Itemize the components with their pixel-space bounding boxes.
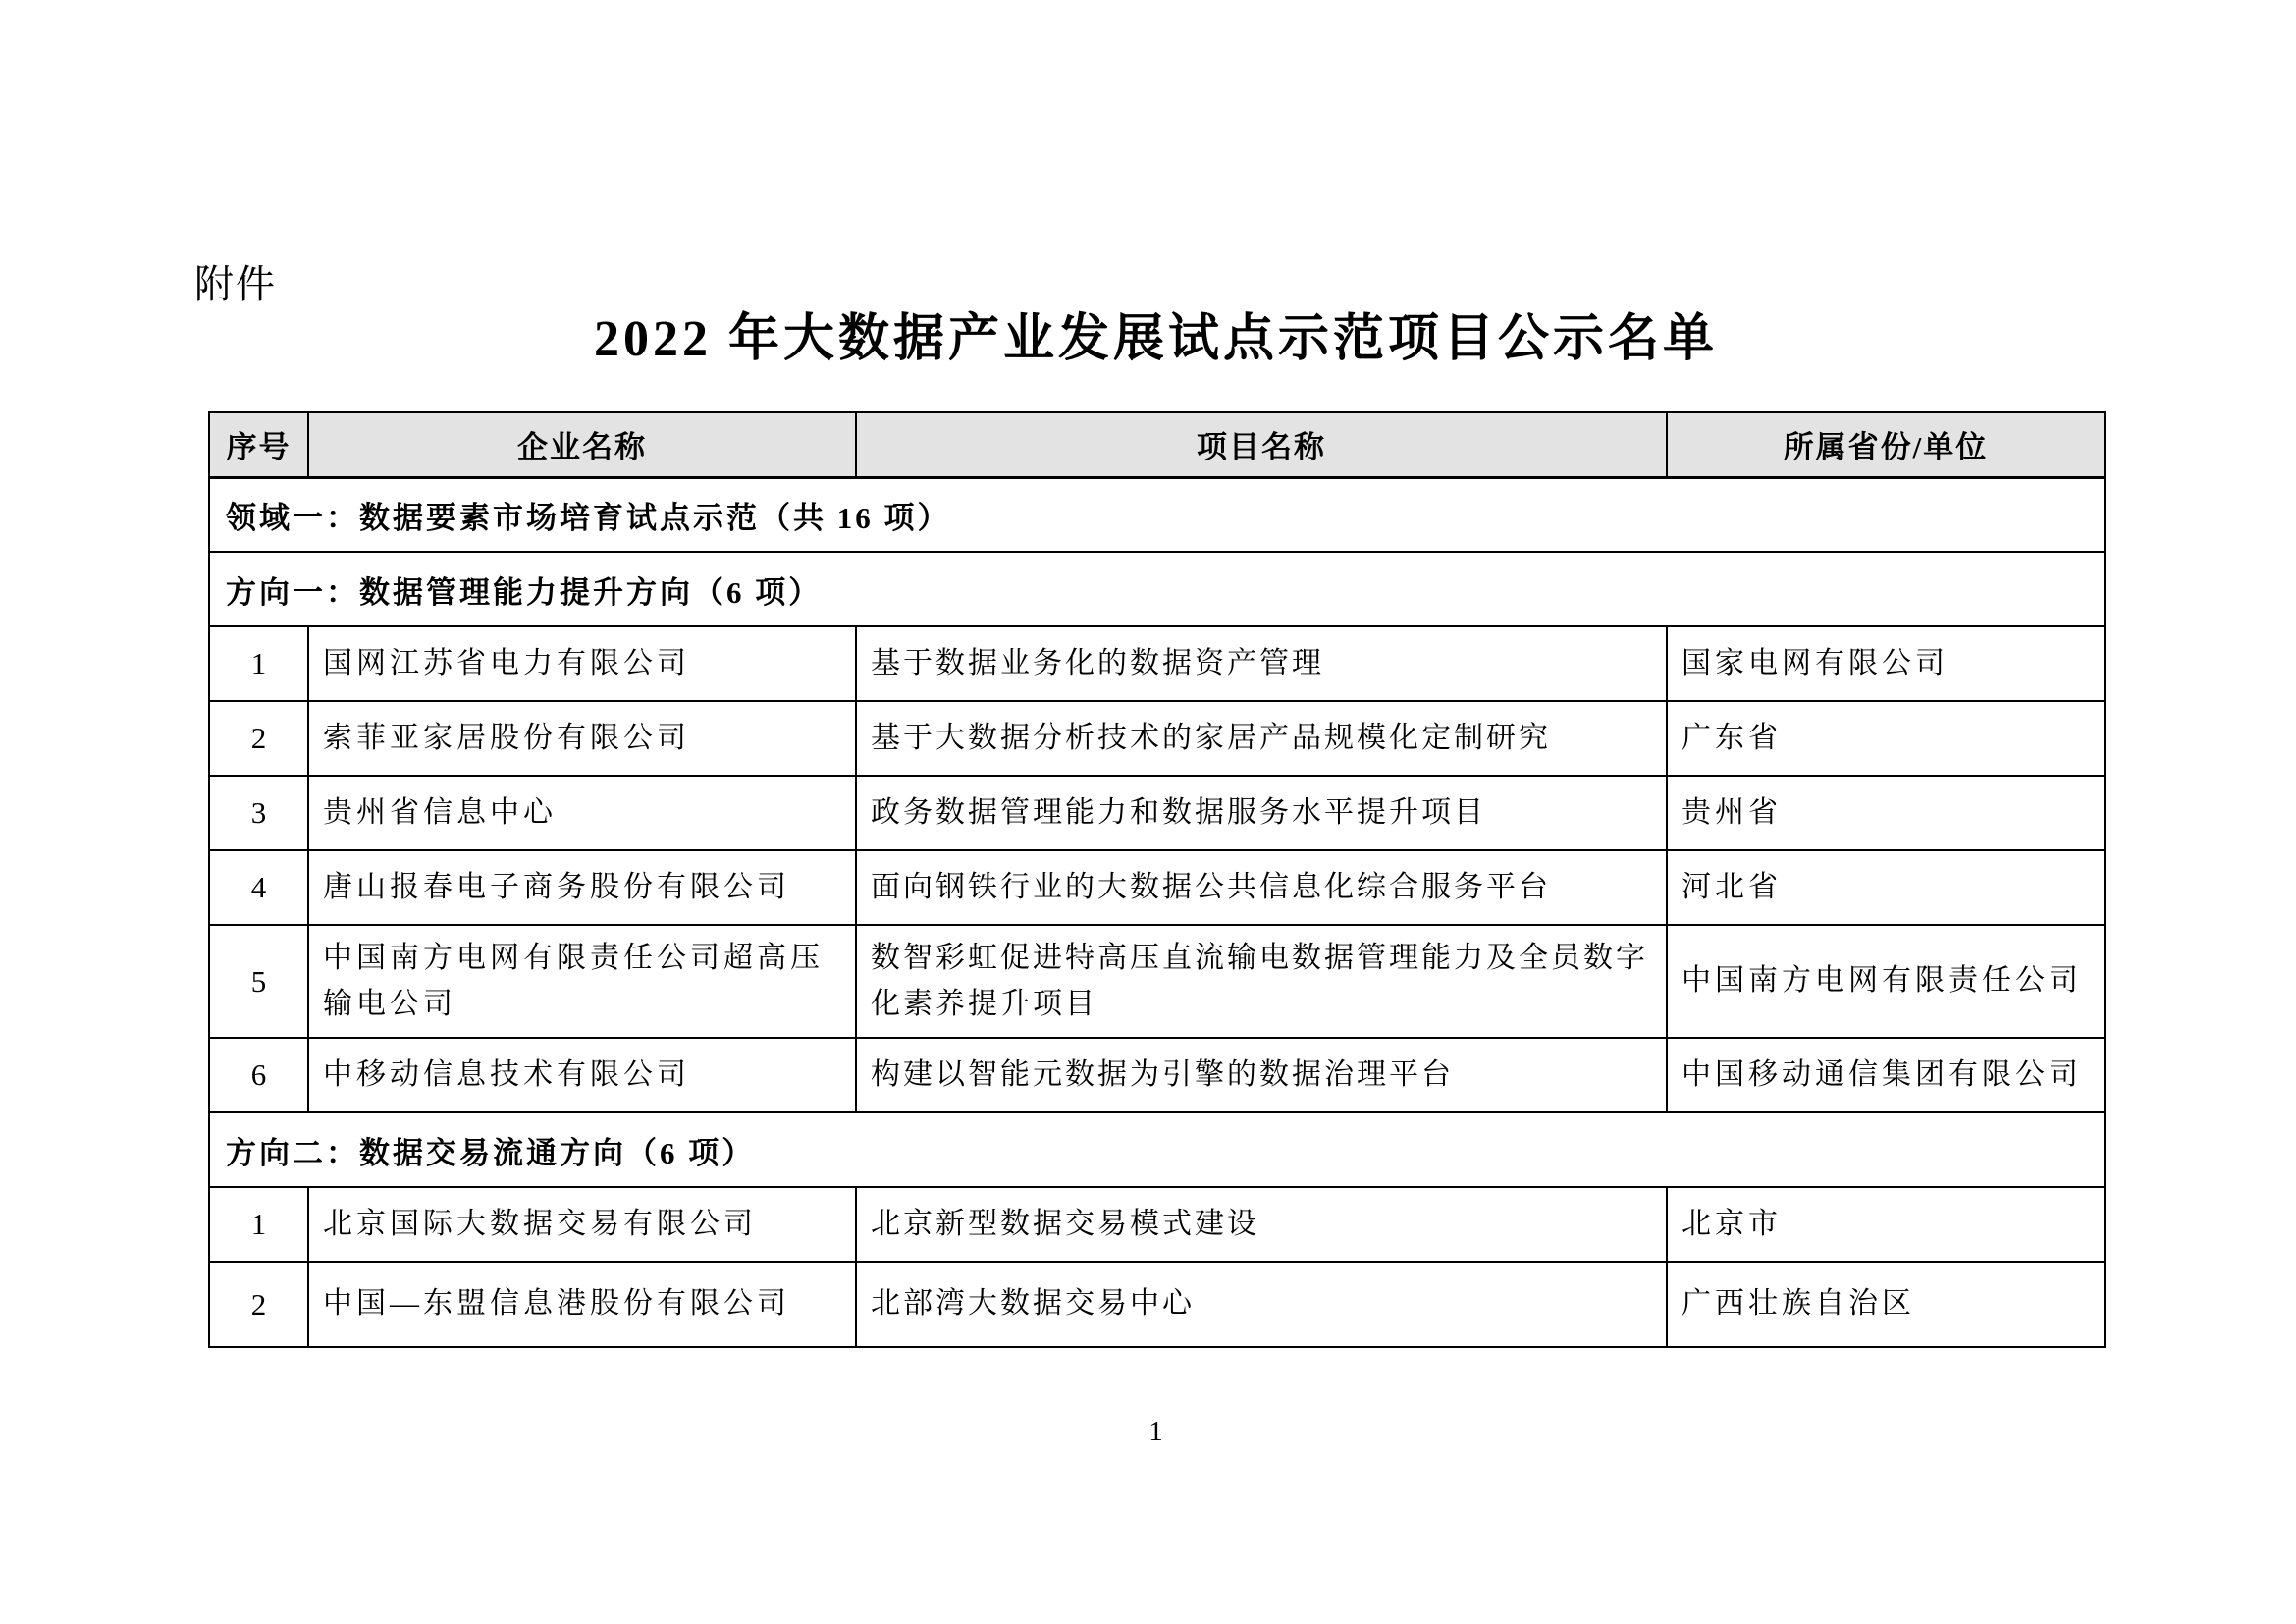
cell-company: 贵州省信息中心	[308, 776, 856, 850]
page-number: 1	[208, 1416, 2104, 1448]
cell-project: 面向钢铁行业的大数据公共信息化综合服务平台	[856, 850, 1667, 925]
table-row: 2索菲亚家居股份有限公司基于大数据分析技术的家居产品规模化定制研究广东省	[209, 701, 2105, 776]
cell-project: 构建以智能元数据为引擎的数据治理平台	[856, 1038, 1667, 1112]
page-title: 2022 年大数据产业发展试点示范项目公示名单	[208, 297, 2104, 370]
cell-province: 广东省	[1667, 701, 2105, 776]
cell-company: 唐山报春电子商务股份有限公司	[308, 850, 856, 925]
table-row: 5中国南方电网有限责任公司超高压输电公司数智彩虹促进特高压直流输电数据管理能力及…	[209, 925, 2105, 1038]
cell-no: 6	[209, 1038, 308, 1112]
table-header: 序号企业名称项目名称所属省份/单位	[209, 412, 2105, 477]
direction-header-row-label: 方向二：数据交易流通方向（6 项）	[209, 1112, 2105, 1187]
direction-header-row-label: 方向一：数据管理能力提升方向（6 项）	[209, 552, 2105, 626]
table-row: 3贵州省信息中心政务数据管理能力和数据服务水平提升项目贵州省	[209, 776, 2105, 850]
cell-province: 国家电网有限公司	[1667, 626, 2105, 701]
cell-province: 中国移动通信集团有限公司	[1667, 1038, 2105, 1112]
cell-project: 基于大数据分析技术的家居产品规模化定制研究	[856, 701, 1667, 776]
cell-project: 北京新型数据交易模式建设	[856, 1187, 1667, 1262]
cell-company: 北京国际大数据交易有限公司	[308, 1187, 856, 1262]
cell-no: 4	[209, 850, 308, 925]
domain-header-row: 领域一：数据要素市场培育试点示范（共 16 项）	[209, 477, 2105, 552]
table-row: 6中移动信息技术有限公司构建以智能元数据为引擎的数据治理平台中国移动通信集团有限…	[209, 1038, 2105, 1112]
cell-province: 河北省	[1667, 850, 2105, 925]
cell-project: 北部湾大数据交易中心	[856, 1262, 1667, 1347]
table-row: 4唐山报春电子商务股份有限公司面向钢铁行业的大数据公共信息化综合服务平台河北省	[209, 850, 2105, 925]
direction-header-row: 方向二：数据交易流通方向（6 项）	[209, 1112, 2105, 1187]
cell-no: 2	[209, 1262, 308, 1347]
cell-no: 2	[209, 701, 308, 776]
cell-no: 1	[209, 1187, 308, 1262]
table-row: 1北京国际大数据交易有限公司北京新型数据交易模式建设北京市	[209, 1187, 2105, 1262]
cell-company: 国网江苏省电力有限公司	[308, 626, 856, 701]
cell-project: 数智彩虹促进特高压直流输电数据管理能力及全员数字化素养提升项目	[856, 925, 1667, 1038]
cell-no: 5	[209, 925, 308, 1038]
table-row: 1国网江苏省电力有限公司基于数据业务化的数据资产管理国家电网有限公司	[209, 626, 2105, 701]
cell-no: 3	[209, 776, 308, 850]
cell-project: 基于数据业务化的数据资产管理	[856, 626, 1667, 701]
column-header-1: 企业名称	[308, 412, 856, 477]
column-header-0: 序号	[209, 412, 308, 477]
cell-company: 中国南方电网有限责任公司超高压输电公司	[308, 925, 856, 1038]
projects-table: 序号企业名称项目名称所属省份/单位 领域一：数据要素市场培育试点示范（共 16 …	[208, 411, 2106, 1348]
cell-no: 1	[209, 626, 308, 701]
direction-header-row: 方向一：数据管理能力提升方向（6 项）	[209, 552, 2105, 626]
cell-company: 中移动信息技术有限公司	[308, 1038, 856, 1112]
domain-header-row-label: 领域一：数据要素市场培育试点示范（共 16 项）	[209, 477, 2105, 552]
cell-province: 北京市	[1667, 1187, 2105, 1262]
column-header-2: 项目名称	[856, 412, 1667, 477]
table-row: 2中国—东盟信息港股份有限公司北部湾大数据交易中心广西壮族自治区	[209, 1262, 2105, 1347]
cell-company: 中国—东盟信息港股份有限公司	[308, 1262, 856, 1347]
cell-company: 索菲亚家居股份有限公司	[308, 701, 856, 776]
table-header-row: 序号企业名称项目名称所属省份/单位	[209, 412, 2105, 477]
column-header-3: 所属省份/单位	[1667, 412, 2105, 477]
cell-project: 政务数据管理能力和数据服务水平提升项目	[856, 776, 1667, 850]
document-page: 附件 2022 年大数据产业发展试点示范项目公示名单 序号企业名称项目名称所属省…	[0, 0, 2296, 1624]
cell-province: 贵州省	[1667, 776, 2105, 850]
cell-province: 中国南方电网有限责任公司	[1667, 925, 2105, 1038]
table-body: 领域一：数据要素市场培育试点示范（共 16 项）方向一：数据管理能力提升方向（6…	[209, 477, 2105, 1347]
cell-province: 广西壮族自治区	[1667, 1262, 2105, 1347]
